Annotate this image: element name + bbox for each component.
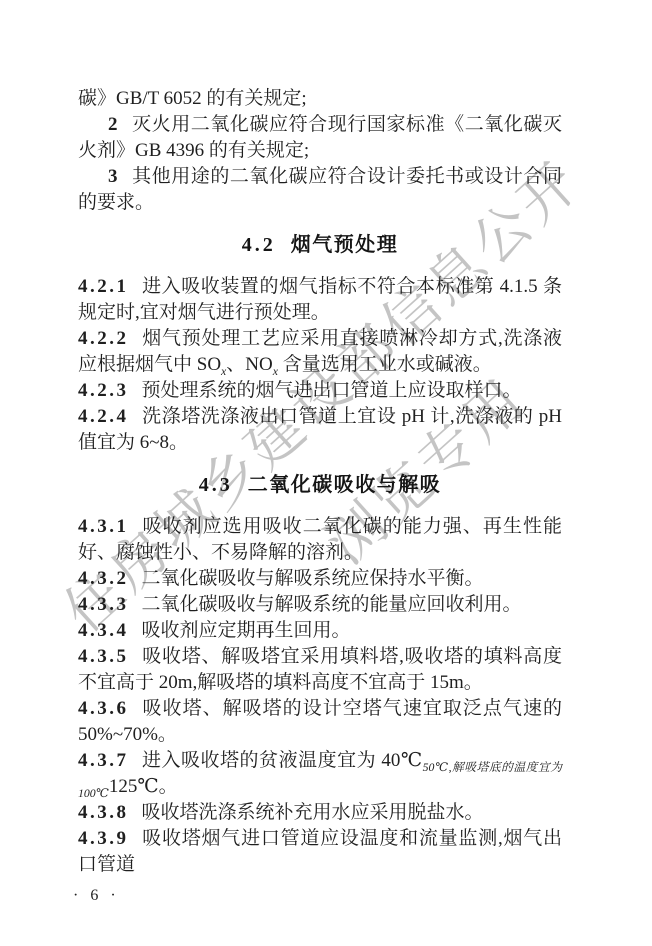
- page-number: · 6 ·: [73, 886, 562, 906]
- item-text: 其他用途的二氧化碳应符合设计委托书或设计合同的要求。: [78, 166, 562, 213]
- clause-text: 吸收塔洗涤系统补充用水应采用脱盐水。: [142, 802, 484, 823]
- clause-text: 吸收剂应选用吸收二氧化碳的能力强、再生性能好、腐蚀性小、不易降解的溶剂。: [78, 516, 562, 563]
- clause-text: 进入吸收塔的贫液温度宜为 40℃50℃,解吸塔底的温度宜为 100℃125℃。: [78, 750, 562, 797]
- item-text: 灭火用二氧化碳应符合现行国家标准《二氧化碳灭火剂》GB 4396 的有关规定;: [78, 114, 562, 161]
- clause-text: 吸收塔、解吸塔宜采用填料塔,吸收塔的填料高度不宜高于 20m,解吸塔的填料高度不…: [78, 646, 562, 693]
- section-4-3-clauses: 4.3.1吸收剂应选用吸收二氧化碳的能力强、再生性能好、腐蚀性小、不易降解的溶剂…: [78, 514, 562, 878]
- clause-paragraph: 4.2.2烟气预处理工艺应采用直接喷淋冷却方式,洗涤液应根据烟气中 SOx、NO…: [78, 326, 562, 378]
- clause-text: 烟气预处理工艺应采用直接喷淋冷却方式,洗涤液应根据烟气中 SOx、NOx 含量选…: [78, 328, 562, 375]
- clause-number: 4.3.9: [78, 828, 129, 849]
- item-number: 2: [108, 114, 118, 135]
- clause-paragraph: 4.3.3二氧化碳吸收与解吸系统的能量应回收利用。: [78, 592, 562, 618]
- clause-text: 二氧化碳吸收与解吸系统应保持水平衡。: [142, 568, 484, 589]
- list-item-2: 2灭火用二氧化碳应符合现行国家标准《二氧化碳灭火剂》GB 4396 的有关规定;: [78, 112, 562, 164]
- clause-text: 二氧化碳吸收与解吸系统的能量应回收利用。: [142, 594, 522, 615]
- clause-number: 4.2.2: [78, 328, 129, 349]
- clause-text: 吸收塔烟气进口管道应设温度和流量监测,烟气出口管道: [78, 828, 562, 875]
- item-number: 3: [108, 166, 118, 187]
- section-title: 烟气预处理: [291, 234, 399, 256]
- clause-paragraph: 4.3.6吸收塔、解吸塔的设计空塔气速宜取泛点气速的50%~70%。: [78, 696, 562, 748]
- clause-paragraph: 4.2.3预处理系统的烟气进出口管道上应设取样口。: [78, 378, 562, 404]
- clause-paragraph: 4.3.5吸收塔、解吸塔宜采用填料塔,吸收塔的填料高度不宜高于 20m,解吸塔的…: [78, 644, 562, 696]
- clause-number: 4.3.7: [78, 750, 129, 771]
- clause-number: 4.3.6: [78, 698, 129, 719]
- list-item-3: 3其他用途的二氧化碳应符合设计委托书或设计合同的要求。: [78, 164, 562, 216]
- document-page: 住房城乡建设部信息公开 浏览专用 碳》GB/T 6052 的有关规定; 2灭火用…: [0, 0, 652, 946]
- clause-number: 4.2.3: [78, 380, 129, 401]
- clause-text: 吸收塔、解吸塔的设计空塔气速宜取泛点气速的50%~70%。: [78, 698, 562, 745]
- clause-paragraph: 4.3.2二氧化碳吸收与解吸系统应保持水平衡。: [78, 566, 562, 592]
- clause-paragraph: 4.3.4吸收剂应定期再生回用。: [78, 618, 562, 644]
- clause-number: 4.2.1: [78, 276, 129, 297]
- clause-text: 吸收剂应定期再生回用。: [142, 620, 351, 641]
- clause-number: 4.3.4: [78, 620, 129, 641]
- section-number: 4.2: [242, 234, 276, 256]
- section-4-2-clauses: 4.2.1进入吸收装置的烟气指标不符合本标准第 4.1.5 条规定时,宜对烟气进…: [78, 274, 562, 456]
- clause-paragraph: 4.3.7进入吸收塔的贫液温度宜为 40℃50℃,解吸塔底的温度宜为 100℃1…: [78, 748, 562, 800]
- continuation-line: 碳》GB/T 6052 的有关规定;: [78, 86, 562, 112]
- clause-paragraph: 4.2.1进入吸收装置的烟气指标不符合本标准第 4.1.5 条规定时,宜对烟气进…: [78, 274, 562, 326]
- section-heading-4-3: 4.3二氧化碳吸收与解吸: [78, 472, 562, 498]
- section-number: 4.3: [199, 474, 233, 496]
- clause-number: 4.2.4: [78, 406, 129, 427]
- section-heading-4-2: 4.2烟气预处理: [78, 232, 562, 258]
- clause-paragraph: 4.3.8吸收塔洗涤系统补充用水应采用脱盐水。: [78, 800, 562, 826]
- clause-number: 4.3.8: [78, 802, 129, 823]
- section-title: 二氧化碳吸收与解吸: [248, 474, 442, 496]
- clause-number: 4.3.2: [78, 568, 129, 589]
- clause-paragraph: 4.2.4洗涤塔洗涤液出口管道上宜设 pH 计,洗涤液的 pH 值宜为 6~8。: [78, 404, 562, 456]
- clause-text: 预处理系统的烟气进出口管道上应设取样口。: [142, 380, 522, 401]
- clause-text: 进入吸收装置的烟气指标不符合本标准第 4.1.5 条规定时,宜对烟气进行预处理。: [78, 276, 562, 323]
- clause-number: 4.3.1: [78, 516, 129, 537]
- clause-text: 洗涤塔洗涤液出口管道上宜设 pH 计,洗涤液的 pH 值宜为 6~8。: [78, 406, 562, 453]
- clause-paragraph: 4.3.1吸收剂应选用吸收二氧化碳的能力强、再生性能好、腐蚀性小、不易降解的溶剂…: [78, 514, 562, 566]
- clause-number: 4.3.3: [78, 594, 129, 615]
- clause-paragraph: 4.3.9吸收塔烟气进口管道应设温度和流量监测,烟气出口管道: [78, 826, 562, 878]
- page-content: 碳》GB/T 6052 的有关规定; 2灭火用二氧化碳应符合现行国家标准《二氧化…: [0, 0, 652, 946]
- clause-number: 4.3.5: [78, 646, 129, 667]
